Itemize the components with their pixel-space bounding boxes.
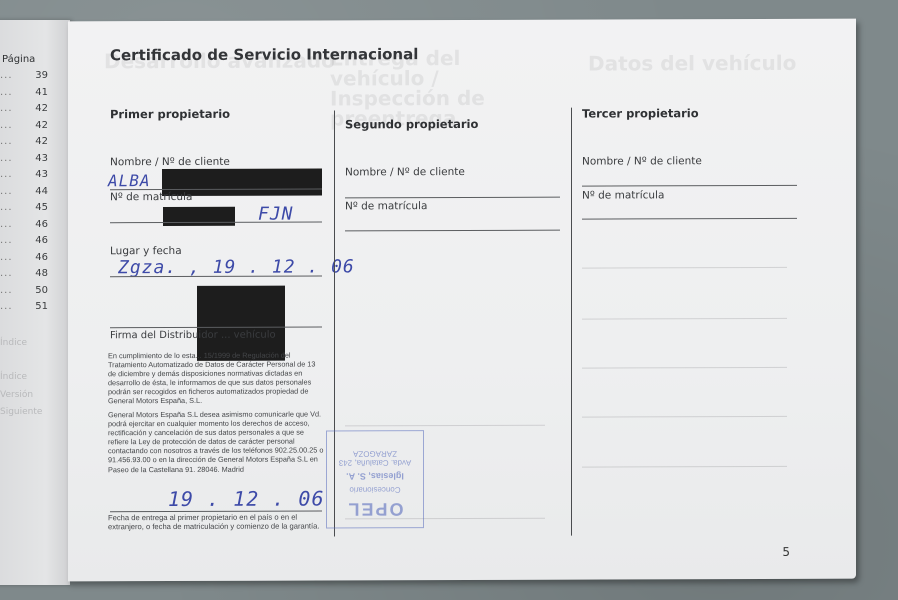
second-owner-name-line[interactable] xyxy=(345,197,560,199)
second-owner-plate-line[interactable] xyxy=(345,230,560,232)
toc-leader-dots: ... xyxy=(0,285,13,296)
certificate-page: Desarrollo avanzado Entrega del vehículo… xyxy=(68,19,856,582)
third-owner-plate-line[interactable] xyxy=(582,218,797,220)
second-owner-plate-label: Nº de matrícula xyxy=(345,200,427,212)
left-page-toc: Página ...39...41...42...42...42...43...… xyxy=(0,20,70,585)
toc-row[interactable]: ...41 xyxy=(0,87,48,98)
toc-page-number: 51 xyxy=(35,301,48,312)
toc-page-number: 46 xyxy=(35,235,48,246)
toc-page-number: 39 xyxy=(35,70,48,81)
dealer-stamp: OPEL Concesionario Iglesias, S. A. Avda.… xyxy=(326,430,424,528)
bleed-through-line xyxy=(582,416,787,418)
toc-page-number: 45 xyxy=(35,202,48,213)
delivery-date-label: Fecha de entrega al primer propietario e… xyxy=(108,512,330,531)
toc-page-number: 48 xyxy=(35,268,48,279)
bleed-through-line xyxy=(582,267,787,269)
toc-leader-dots: ... xyxy=(0,87,13,98)
third-owner-heading: Tercer propietario xyxy=(582,106,699,120)
toc-leader-dots: ... xyxy=(0,70,13,81)
bleed-through-line xyxy=(582,466,787,468)
third-owner-name-line[interactable] xyxy=(582,185,797,187)
redaction-block xyxy=(197,286,285,361)
toc-leader-dots: ... xyxy=(0,169,13,180)
toc-page-number: 43 xyxy=(35,169,48,180)
toc-page-number: 42 xyxy=(35,103,48,114)
page-number: 5 xyxy=(782,545,790,559)
toc-faded-entry: Índice xyxy=(0,338,27,348)
toc-leader-dots: ... xyxy=(0,219,13,230)
stamp-line: ZARAGOZA xyxy=(327,449,423,458)
toc-leader-dots: ... xyxy=(0,103,13,114)
toc-faded-entry: Índice xyxy=(0,372,27,382)
toc-row[interactable]: ...45 xyxy=(0,202,48,213)
first-owner-name-value: ALBA xyxy=(108,171,151,190)
toc-page-number: 44 xyxy=(35,186,48,197)
toc-leader-dots: ... xyxy=(0,252,13,263)
toc-faded-entry: Siguiente xyxy=(0,407,42,417)
toc-page-number: 42 xyxy=(35,136,48,147)
toc-leader-dots: ... xyxy=(0,120,13,131)
first-owner-heading: Primer propietario xyxy=(110,107,230,121)
toc-faded-entry: Versión xyxy=(0,390,33,400)
second-owner-heading: Segundo propietario xyxy=(345,117,478,131)
toc-leader-dots: ... xyxy=(0,268,13,279)
first-owner-plate-label: Nº de matrícula xyxy=(110,191,192,203)
toc-page-number: 46 xyxy=(35,219,48,230)
toc-row[interactable]: ...46 xyxy=(0,252,48,263)
toc-leader-dots: ... xyxy=(0,186,13,197)
stamp-line: Avda. Cataluña, 243 xyxy=(327,458,423,467)
toc-page-number: 50 xyxy=(35,285,48,296)
toc-row[interactable]: ...44 xyxy=(0,186,48,197)
toc-leader-dots: ... xyxy=(0,235,13,246)
toc-row[interactable]: ...43 xyxy=(0,169,48,180)
toc-row[interactable]: ...39 xyxy=(0,70,48,81)
toc-leader-dots: ... xyxy=(0,136,13,147)
toc-page-number: 41 xyxy=(35,87,48,98)
toc-row[interactable]: ...46 xyxy=(0,219,48,230)
bleed-through-line xyxy=(582,318,787,320)
privacy-notice-1: En cumplimiento de lo esta... 15/1999 de… xyxy=(108,350,324,405)
toc-row[interactable]: ...43 xyxy=(0,153,48,164)
first-owner-place-date-label: Lugar y fecha xyxy=(110,245,182,257)
third-owner-plate-label: Nº de matrícula xyxy=(582,189,664,201)
toc-column-header: Página xyxy=(2,54,35,65)
toc-leader-dots: ... xyxy=(0,202,13,213)
toc-row[interactable]: ...50 xyxy=(0,285,48,296)
first-owner-name-label: Nombre / Nº de cliente xyxy=(110,156,230,168)
privacy-notice-2: General Motors España S.L desea asimismo… xyxy=(108,409,324,473)
toc-page-number: 43 xyxy=(35,153,48,164)
stamp-line: Iglesias, S. A. xyxy=(327,471,423,481)
second-owner-name-label: Nombre / Nº de cliente xyxy=(345,166,465,178)
bleed-through-text: Datos del vehículo xyxy=(588,51,796,76)
toc-page-number: 46 xyxy=(35,252,48,263)
toc-row[interactable]: ...51 xyxy=(0,301,48,312)
toc-row[interactable]: ...42 xyxy=(0,136,48,147)
toc-row[interactable]: ...48 xyxy=(0,268,48,279)
toc-leader-dots: ... xyxy=(0,153,13,164)
toc-row[interactable]: ...42 xyxy=(0,120,48,131)
stamp-brand: OPEL xyxy=(327,498,423,519)
signature-label-text: Firma del Distribuidor ... vehículo xyxy=(110,330,276,342)
toc-row[interactable]: ...42 xyxy=(0,103,48,114)
bleed-through-line xyxy=(345,425,545,427)
toc-page-number: 42 xyxy=(35,120,48,131)
third-owner-name-label: Nombre / Nº de cliente xyxy=(582,155,702,167)
redaction-block xyxy=(163,207,235,226)
column-divider xyxy=(571,108,572,536)
toc-leader-dots: ... xyxy=(0,301,13,312)
page-title: Certificado de Servicio Internacional xyxy=(110,45,418,64)
delivery-date-value: 19 . 12 . 06 xyxy=(168,486,325,511)
stamp-line: Concesionario xyxy=(327,485,423,494)
first-owner-signature-label: Firma del Distribuidor ... vehículo xyxy=(110,329,322,341)
bleed-through-line xyxy=(582,367,787,369)
toc-row[interactable]: ...46 xyxy=(0,235,48,246)
